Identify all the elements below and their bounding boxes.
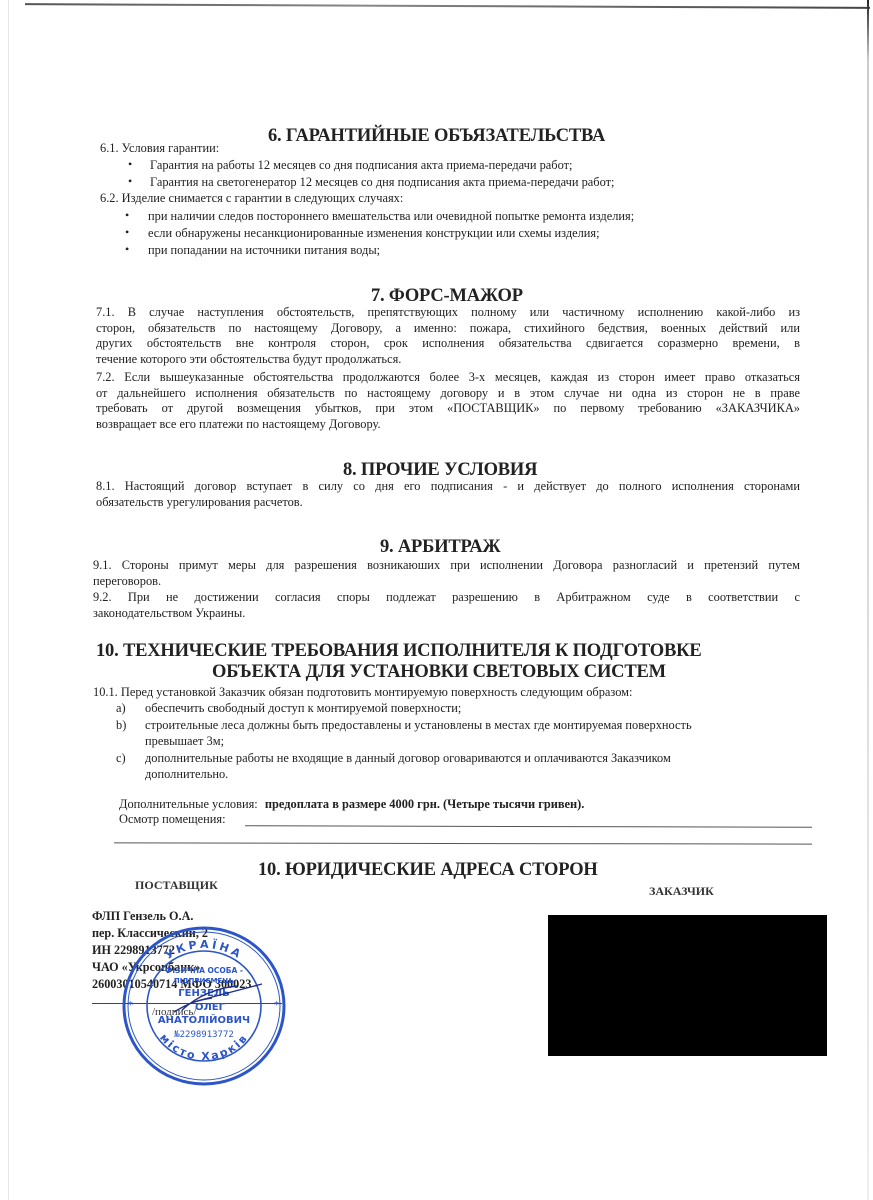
list-marker: b): [116, 718, 126, 734]
text-line: 8.1. Настоящий договор вступает в силу с…: [96, 479, 800, 495]
bullet-icon: •: [125, 225, 129, 240]
customer-label: ЗАКАЗЧИК: [649, 884, 714, 899]
clause-6-1-item: Гарантия на работы 12 месяцев со дня под…: [150, 158, 572, 174]
clause-6-2-item: если обнаружены несанкционированные изме…: [148, 226, 600, 242]
requirement-item-cont: превышает 3м;: [145, 734, 224, 750]
extra-conditions-value: предоплата в размере 4000 грн. (Четыре т…: [265, 797, 585, 811]
section-10-title-line1: 10. ТЕХНИЧЕСКИЕ ТРЕБОВАНИЯ ИСПОЛНИТЕЛЯ К…: [96, 641, 701, 662]
text-line: возвращает все его платежи по настоящему…: [96, 417, 800, 433]
text-line: сторон, обязательств по настоящему Догов…: [96, 321, 800, 337]
stamp-line-5: АНАТОЛІЙОВИЧ: [158, 1013, 250, 1026]
text-line: 9.1. Стороны примут меры для разрешения …: [93, 558, 800, 574]
bullet-icon: •: [125, 208, 129, 223]
section-8-title: 8. ПРОЧИЕ УСЛОВИЯ: [343, 460, 537, 481]
clause-9-1: 9.1. Стороны примут меры для разрешения …: [93, 558, 800, 589]
requirement-item: дополнительные работы не входящие в данн…: [145, 751, 671, 767]
clause-6-2-label: 6.2. Изделие снимается с гарантии в след…: [100, 191, 403, 207]
clause-7-1: 7.1. В случае наступления обстоятельств,…: [96, 305, 800, 368]
stamp-line-3: ГЕНЗЕЛЬ: [178, 988, 229, 999]
text-line: 7.1. В случае наступления обстоятельств,…: [96, 305, 800, 321]
supplier-name: ФЛП Гензель О.А.: [92, 908, 251, 925]
text-line: обязательств урегулирования расчетов.: [96, 495, 800, 511]
clause-8-1: 8.1. Настоящий договор вступает в силу с…: [96, 479, 800, 510]
stamp-line-4: ОЛЕГ: [195, 1002, 226, 1013]
extra-conditions: Дополнительные условия: предоплата в раз…: [119, 797, 584, 813]
clause-7-2: 7.2. Если вышеуказанные обстоятельства п…: [96, 370, 800, 433]
text-line: других обстоятельств вне контроля сторон…: [96, 336, 800, 352]
text-line: переговоров.: [93, 574, 800, 590]
section-6-title: 6. ГАРАНТИЙНЫЕ ОБЪЯЗАТЕЛЬСТВА: [268, 126, 605, 147]
text-line: требовать от другой возмещения убытков, …: [96, 401, 800, 417]
list-marker: c): [116, 751, 126, 767]
stamp-star-icon: *: [274, 1000, 279, 1011]
supplier-label: ПОСТАВЩИК: [135, 878, 218, 893]
clause-6-1-label: 6.1. Условия гарантии:: [100, 141, 219, 157]
svg-text:УКРАЇНА: УКРАЇНА: [163, 938, 245, 962]
clause-9-2: 9.2. При не достижении согласия споры по…: [93, 590, 800, 621]
text-line: от дальнейшего исполнения обязательств п…: [96, 386, 800, 402]
inspection-label: Осмотр помещения:: [119, 812, 226, 828]
clause-6-2-item: при попадании на источники питания воды;: [148, 243, 380, 259]
section-10-title-line2: ОБЪЕКТА ДЛЯ УСТАНОВКИ СВЕТОВЫХ СИСТЕМ: [212, 662, 666, 683]
stamp-outer-top: УКРАЇНА: [163, 938, 245, 962]
bullet-icon: •: [125, 242, 129, 257]
stamp-line-2: ПІДПРИЄМЕЦЬ: [174, 977, 234, 985]
stamp-line-6: №2298913772: [173, 1030, 234, 1040]
requirement-item: строительные леса должны быть предоставл…: [145, 718, 692, 734]
stamp-star-icon: *: [128, 1000, 133, 1011]
bullet-icon: •: [128, 157, 132, 172]
clause-6-2-item: при наличии следов постороннего вмешател…: [148, 209, 634, 225]
text-line: 9.2. При не достижении согласия споры по…: [93, 590, 800, 606]
inspection-line-2: [114, 842, 812, 844]
document-page: 6. ГАРАНТИЙНЫЕ ОБЪЯЗАТЕЛЬСТВА 6.1. Услов…: [0, 0, 873, 1200]
company-stamp: УКРАЇНА місто Харків ФІЗИЧНА ОСОБА - ПІД…: [122, 926, 286, 1086]
clause-6-1-item: Гарантия на светогенератор 12 месяцев со…: [150, 175, 615, 191]
extra-conditions-label: Дополнительные условия:: [119, 797, 258, 811]
stamp-line-1: ФІЗИЧНА ОСОБА -: [165, 966, 243, 975]
text-line: законодательством Украины.: [93, 606, 800, 622]
requirement-item-cont: дополнительно.: [145, 767, 228, 783]
bullet-icon: •: [128, 174, 132, 189]
requirement-item: обеспечить свободный доступ к монтируемо…: [145, 701, 461, 717]
text-line: 7.2. Если вышеуказанные обстоятельства п…: [96, 370, 800, 386]
list-marker: a): [116, 701, 126, 717]
section-7-title: 7. ФОРС-МАЖОР: [371, 286, 523, 307]
text-line: течение которого эти обстоятельства буду…: [96, 352, 800, 368]
clause-10-1: 10.1. Перед установкой Заказчик обязан п…: [93, 685, 632, 701]
section-9-title: 9. АРБИТРАЖ: [380, 537, 501, 558]
addresses-title: 10. ЮРИДИЧЕСКИЕ АДРЕСА СТОРОН: [258, 860, 598, 881]
redacted-customer-details: [548, 915, 827, 1056]
inspection-line: [245, 825, 812, 827]
